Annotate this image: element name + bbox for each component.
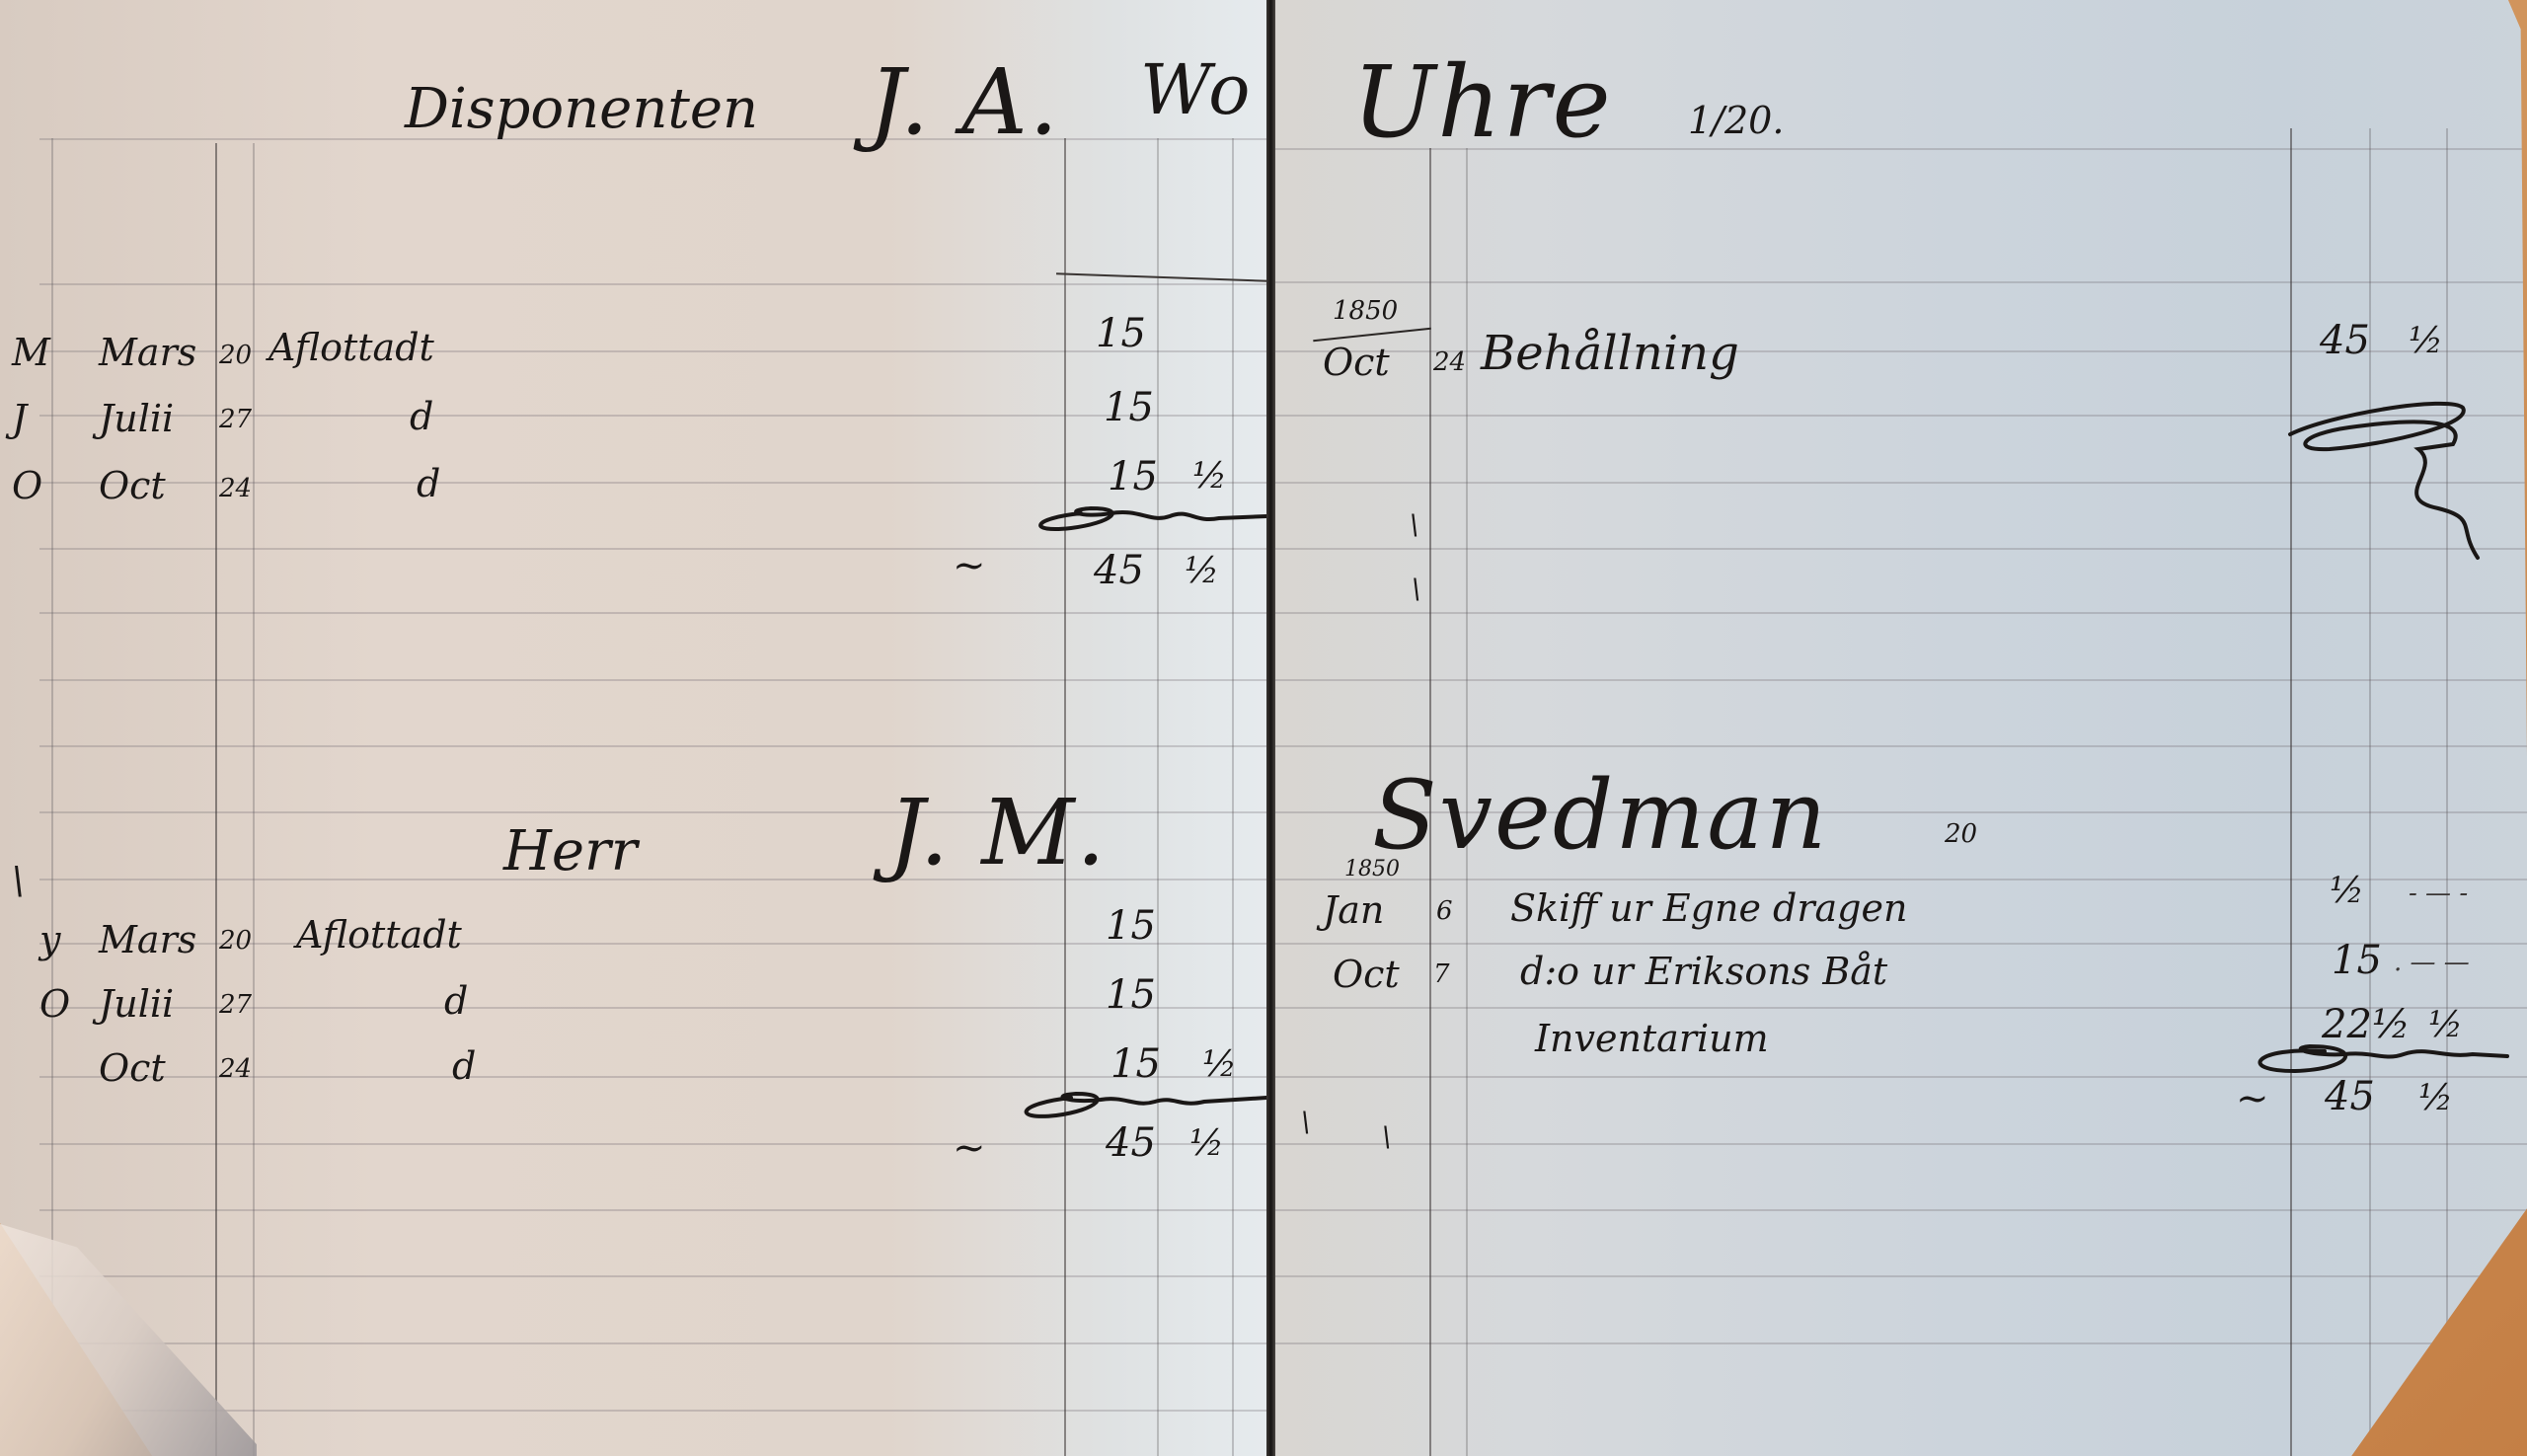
- entry-description: Aflottadt: [268, 326, 434, 369]
- left-header-suffix: Wo: [1140, 49, 1252, 130]
- check-mark: \: [1382, 1120, 1391, 1153]
- right-page-ruling: [1273, 0, 2527, 1456]
- entry-margin: J: [12, 397, 27, 440]
- entry-day: 20: [219, 926, 252, 956]
- account-salutation: Herr: [503, 819, 638, 883]
- entry-month: Mars: [99, 331, 196, 374]
- entry-fraction: ½: [2409, 321, 2443, 361]
- amount-column-rule: [1056, 272, 1268, 282]
- entry-ditto: d: [410, 395, 433, 438]
- entry-description: Aflottadt: [296, 913, 462, 957]
- entry-ditto: d: [452, 1044, 476, 1088]
- sum-flourish: [1022, 489, 1268, 538]
- total-mark: ~: [953, 1125, 986, 1171]
- entry-description: d:o ur Eriksons Båt: [1520, 950, 1887, 993]
- entry-day: 6: [1436, 896, 1453, 926]
- entry-description: Inventarium: [1535, 1017, 1769, 1060]
- total-amount: 45: [1094, 548, 1144, 593]
- entry-day: 27: [219, 405, 252, 434]
- entry-ditto: d: [417, 462, 440, 505]
- total-amount: 45: [2325, 1074, 2375, 1119]
- left-header-initials: J. A.: [869, 49, 1060, 155]
- entry-day: 24: [219, 474, 252, 503]
- entry-month: Mars: [99, 918, 196, 961]
- entry-month: Jan: [1323, 888, 1384, 932]
- sum-flourish: [1002, 1076, 1268, 1125]
- check-mark: \: [1301, 1106, 1310, 1138]
- entry-month: Julii: [99, 397, 174, 440]
- total-amount: 45: [1106, 1120, 1156, 1166]
- entry-day: 27: [219, 990, 252, 1020]
- closing-flourish: [2270, 390, 2488, 587]
- left-header-title: Disponenten: [405, 77, 758, 141]
- entry-day: 24: [219, 1054, 252, 1084]
- entry-amount: 15: [2332, 938, 2382, 983]
- entry-margin: M: [12, 331, 50, 374]
- entry-day: 20: [219, 341, 252, 370]
- entry-amount: 15: [1104, 385, 1154, 430]
- surname-note: 20: [1945, 819, 1977, 849]
- entry-amount: 15: [1096, 311, 1146, 356]
- entry-month: Oct: [99, 464, 166, 507]
- entry-year: 1850: [1344, 857, 1400, 881]
- check-mark: \: [1412, 573, 1420, 605]
- blank-dashes: - — -: [2409, 879, 2468, 908]
- entry-margin: O: [12, 464, 42, 507]
- entry-amount: 15: [1106, 903, 1156, 949]
- blank-dashes: . — —: [2394, 948, 2470, 977]
- entry-margin: y: [39, 918, 60, 961]
- entry-ditto: d: [444, 979, 468, 1023]
- entry-margin-mark: \: [12, 859, 25, 902]
- entry-year: 1850: [1333, 296, 1398, 326]
- entry-amount: 15: [1106, 972, 1156, 1018]
- entry-margin: O: [39, 982, 70, 1026]
- total-mark: ~: [2236, 1076, 2269, 1121]
- book-spine: [1266, 0, 1275, 1456]
- total-fraction: ½: [1189, 1123, 1224, 1164]
- folio-number: 1/20.: [1688, 99, 1784, 142]
- account-initials: J. M.: [888, 780, 1108, 885]
- entry-month: Oct: [99, 1046, 166, 1090]
- entry-description: Skiff ur Egne dragen: [1510, 886, 1907, 930]
- total-mark: ~: [953, 543, 986, 588]
- left-page-ruling: [0, 0, 1268, 1456]
- entry-amount: 45: [2320, 318, 2370, 363]
- entry-month: Oct: [1323, 341, 1390, 384]
- entry-description: Behållning: [1481, 326, 1739, 381]
- entry-day: 24: [1433, 347, 1466, 377]
- entry-month: Oct: [1333, 953, 1400, 996]
- entry-fraction: ½: [2330, 871, 2364, 911]
- total-fraction: ½: [1185, 551, 1219, 591]
- right-page: Uhre 1/20. 1850 Oct 24 Behållning 45 ½ \…: [1273, 0, 2527, 1456]
- total-fraction: ½: [2418, 1078, 2453, 1118]
- ledger-book: Disponenten J. A. Wo M Mars 20 Aflottadt…: [0, 0, 2527, 1456]
- right-header-title: Uhre: [1352, 44, 1613, 160]
- entry-day: 7: [1433, 959, 1450, 989]
- left-page: Disponenten J. A. Wo M Mars 20 Aflottadt…: [0, 0, 1268, 1456]
- entry-month: Julii: [99, 982, 174, 1026]
- check-mark: \: [1410, 508, 1418, 541]
- account-surname: Svedman: [1372, 760, 1828, 871]
